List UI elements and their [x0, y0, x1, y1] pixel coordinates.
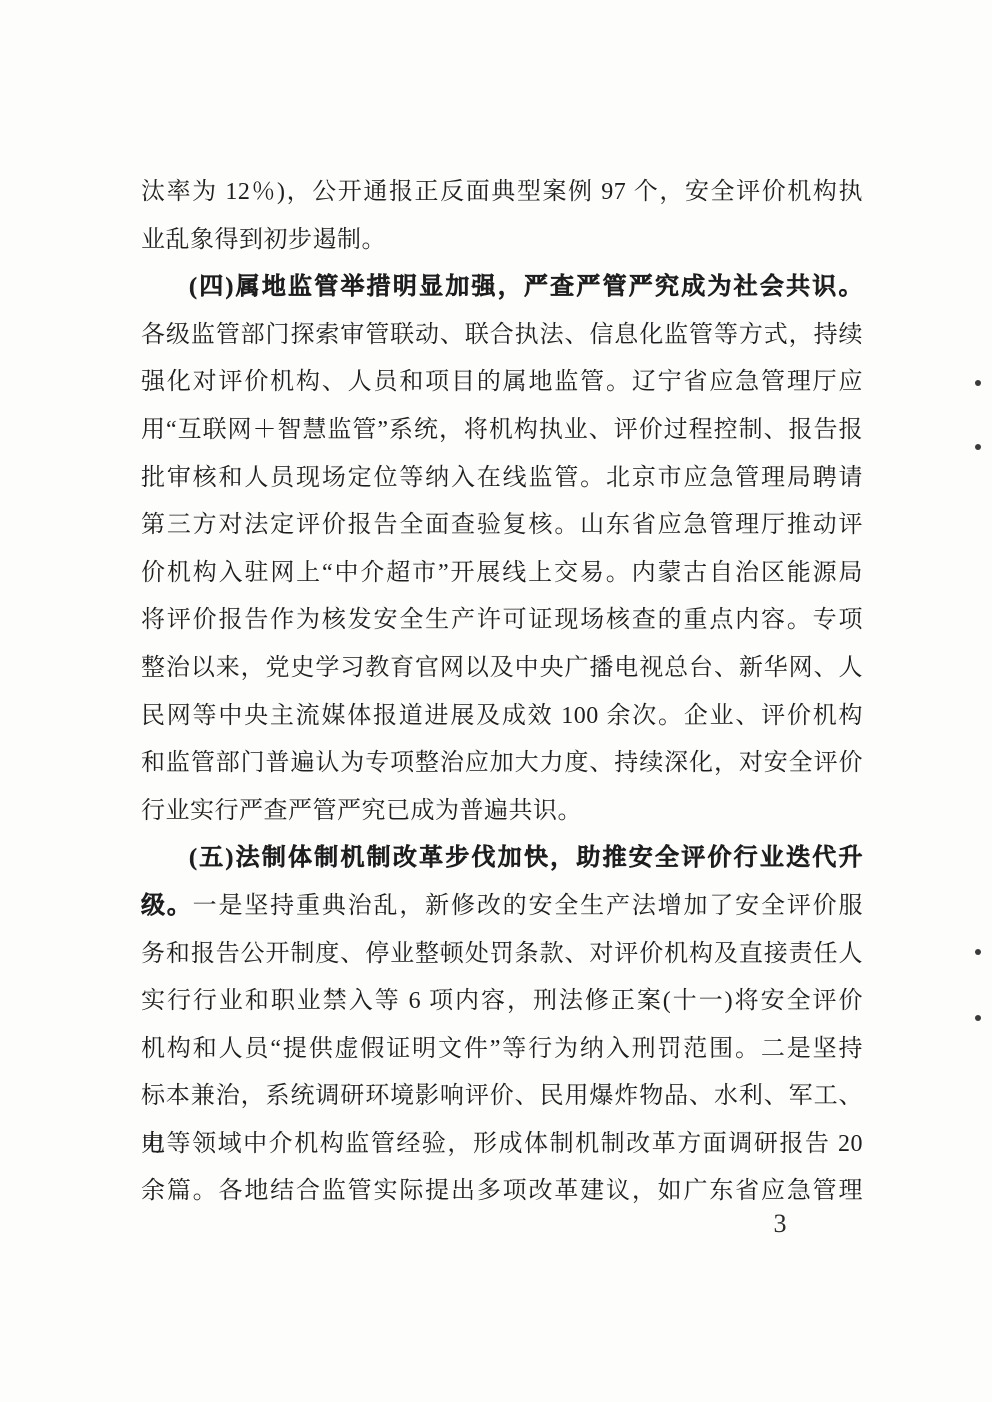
text-line: 价机构入驻网上“中介超市”开展线上交易。内蒙古自治区能源局 — [141, 550, 863, 598]
text-segment: (四)属地监管举措明显加强，严查严管严究成为社会共识。 — [189, 274, 863, 300]
text-line: 批审核和人员现场定位等纳入在线监管。北京市应急管理局聘请 — [141, 455, 863, 503]
text-line: 力等领域中介机构监管经验，形成体制机制改革方面调研报告 20 — [141, 1121, 863, 1169]
text-line: 用“互联网＋智慧监管”系统，将机构执业、评价过程控制、报告报 — [141, 407, 863, 455]
text-line: (四)属地监管举措明显加强，严查严管严究成为社会共识。 — [141, 264, 863, 312]
text-line: 机构和人员“提供虚假证明文件”等行为纳入刑罚范围。二是坚持 — [141, 1026, 863, 1074]
page-number: 3 — [756, 1206, 804, 1242]
text-segment: 级。 — [141, 893, 193, 919]
text-segment: 批审核和人员现场定位等纳入在线监管。北京市应急管理局聘请 — [141, 465, 863, 491]
text-line: 余篇。各地结合监管实际提出多项改革建议，如广东省应急管理 — [141, 1168, 863, 1216]
text-segment: 业乱象得到初步遏制。 — [141, 227, 386, 253]
text-segment: 各级监管部门探索审管联动、联合执法、信息化监管等方式，持续 — [141, 322, 863, 348]
text-block: 汰率为 12％)，公开通报正反面典型案例 97 个，安全评价机构执业乱象得到初步… — [141, 169, 863, 1216]
text-line: 汰率为 12％)，公开通报正反面典型案例 97 个，安全评价机构执 — [141, 169, 863, 217]
text-segment: 价机构入驻网上“中介超市”开展线上交易。内蒙古自治区能源局 — [141, 560, 863, 586]
text-segment: 实行行业和职业禁入等 6 项内容，刑法修正案(十一)将安全评价 — [141, 988, 863, 1014]
text-segment: 机构和人员“提供虚假证明文件”等行为纳入刑罚范围。二是坚持 — [141, 1036, 863, 1062]
text-segment: 和监管部门普遍认为专项整治应加大力度、持续深化，对安全评价 — [141, 750, 863, 776]
text-line: 务和报告公开制度、停业整顿处罚条款、对评价机构及直接责任人 — [141, 931, 863, 979]
document-page: 汰率为 12％)，公开通报正反面典型案例 97 个，安全评价机构执业乱象得到初步… — [0, 0, 992, 1402]
text-segment: 一是坚持重典治乱，新修改的安全生产法增加了安全评价服 — [193, 893, 863, 919]
binding-mark-dot — [975, 380, 981, 386]
text-segment: 汰率为 12％)，公开通报正反面典型案例 97 个，安全评价机构执 — [141, 179, 863, 205]
text-segment: (五)法制体制机制改革步伐加快，助推安全评价行业迭代升 — [189, 845, 863, 871]
text-segment: 用“互联网＋智慧监管”系统，将机构执业、评价过程控制、报告报 — [141, 417, 863, 443]
text-line: 和监管部门普遍认为专项整治应加大力度、持续深化，对安全评价 — [141, 740, 863, 788]
text-line: 整治以来，党史学习教育官网以及中央广播电视总台、新华网、人 — [141, 645, 863, 693]
binding-mark-dot — [975, 1015, 981, 1021]
text-line: 标本兼治，系统调研环境影响评价、民用爆炸物品、水利、军工、电 — [141, 1073, 863, 1121]
binding-mark-dot — [975, 949, 981, 955]
text-line: 第三方对法定评价报告全面查验复核。山东省应急管理厅推动评 — [141, 502, 863, 550]
text-segment: 余篇。各地结合监管实际提出多项改革建议，如广东省应急管理 — [141, 1178, 863, 1204]
text-segment: 将评价报告作为核发安全生产许可证现场核查的重点内容。专项 — [141, 607, 863, 633]
text-line: 民网等中央主流媒体报道进展及成效 100 余次。企业、评价机构 — [141, 693, 863, 741]
text-segment: 行业实行严查严管严究已成为普遍共识。 — [141, 798, 582, 824]
text-line: 强化对评价机构、人员和项目的属地监管。辽宁省应急管理厅应 — [141, 359, 863, 407]
text-line: 级。一是坚持重典治乱，新修改的安全生产法增加了安全评价服 — [141, 883, 863, 931]
binding-mark-dot — [975, 444, 981, 450]
text-line: (五)法制体制机制改革步伐加快，助推安全评价行业迭代升 — [141, 835, 863, 883]
text-line: 各级监管部门探索审管联动、联合执法、信息化监管等方式，持续 — [141, 312, 863, 360]
text-segment: 民网等中央主流媒体报道进展及成效 100 余次。企业、评价机构 — [141, 703, 863, 729]
text-line: 业乱象得到初步遏制。 — [141, 217, 863, 265]
text-line: 行业实行严查严管严究已成为普遍共识。 — [141, 788, 863, 836]
text-segment: 强化对评价机构、人员和项目的属地监管。辽宁省应急管理厅应 — [141, 369, 863, 395]
text-segment: 力等领域中介机构监管经验，形成体制机制改革方面调研报告 20 — [141, 1131, 863, 1157]
text-segment: 务和报告公开制度、停业整顿处罚条款、对评价机构及直接责任人 — [141, 941, 863, 967]
text-segment: 整治以来，党史学习教育官网以及中央广播电视总台、新华网、人 — [141, 655, 863, 681]
text-segment: 第三方对法定评价报告全面查验复核。山东省应急管理厅推动评 — [141, 512, 863, 538]
text-line: 实行行业和职业禁入等 6 项内容，刑法修正案(十一)将安全评价 — [141, 978, 863, 1026]
text-line: 将评价报告作为核发安全生产许可证现场核查的重点内容。专项 — [141, 597, 863, 645]
